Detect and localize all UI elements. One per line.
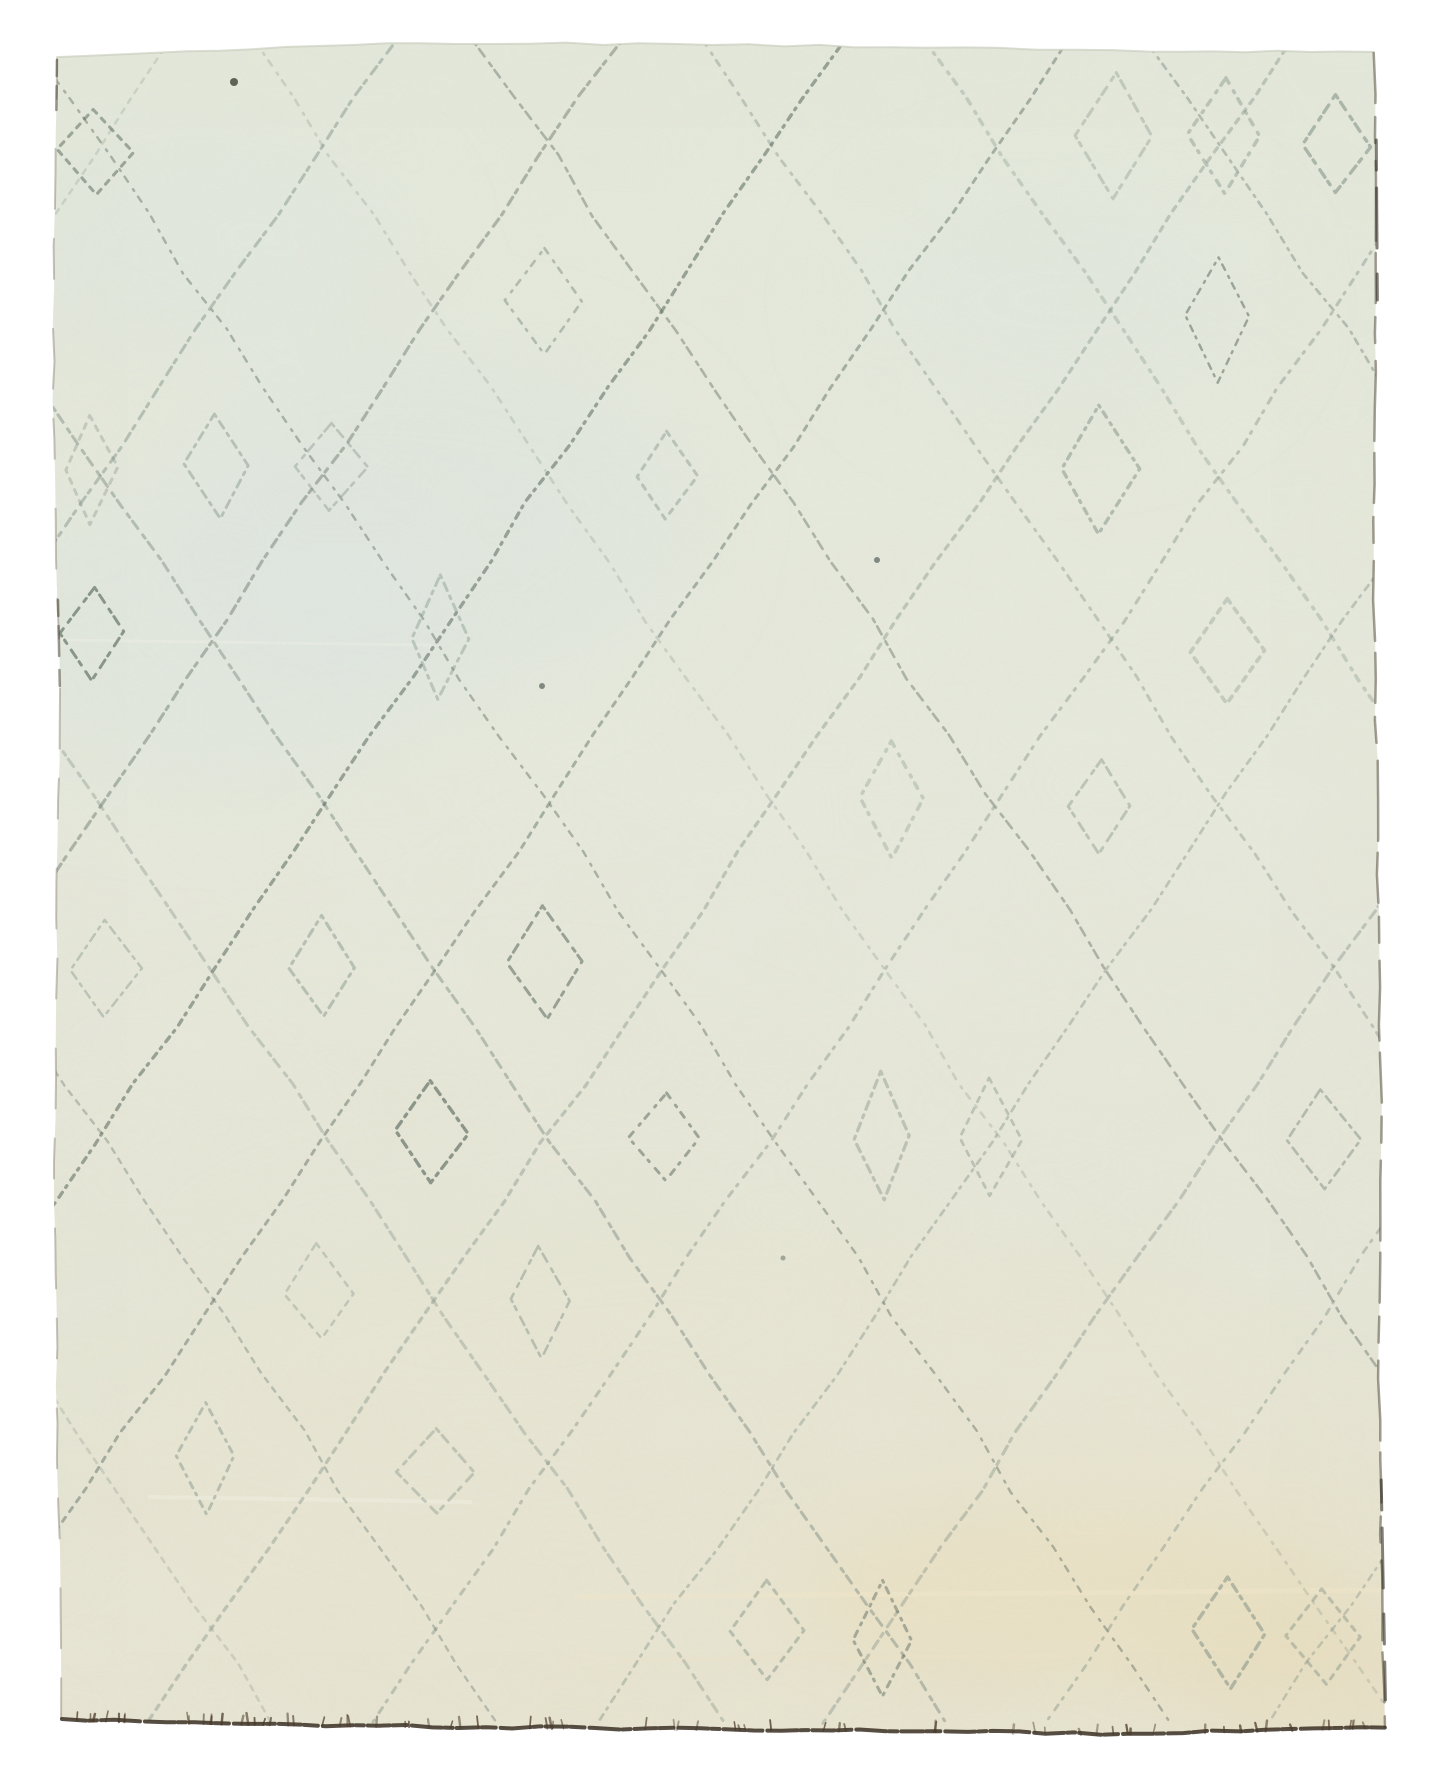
rug-photo (0, 0, 1445, 1773)
rug-image (0, 0, 1445, 1773)
wool-grain (40, 40, 1405, 1740)
rug-surface (0, 38, 1445, 1750)
